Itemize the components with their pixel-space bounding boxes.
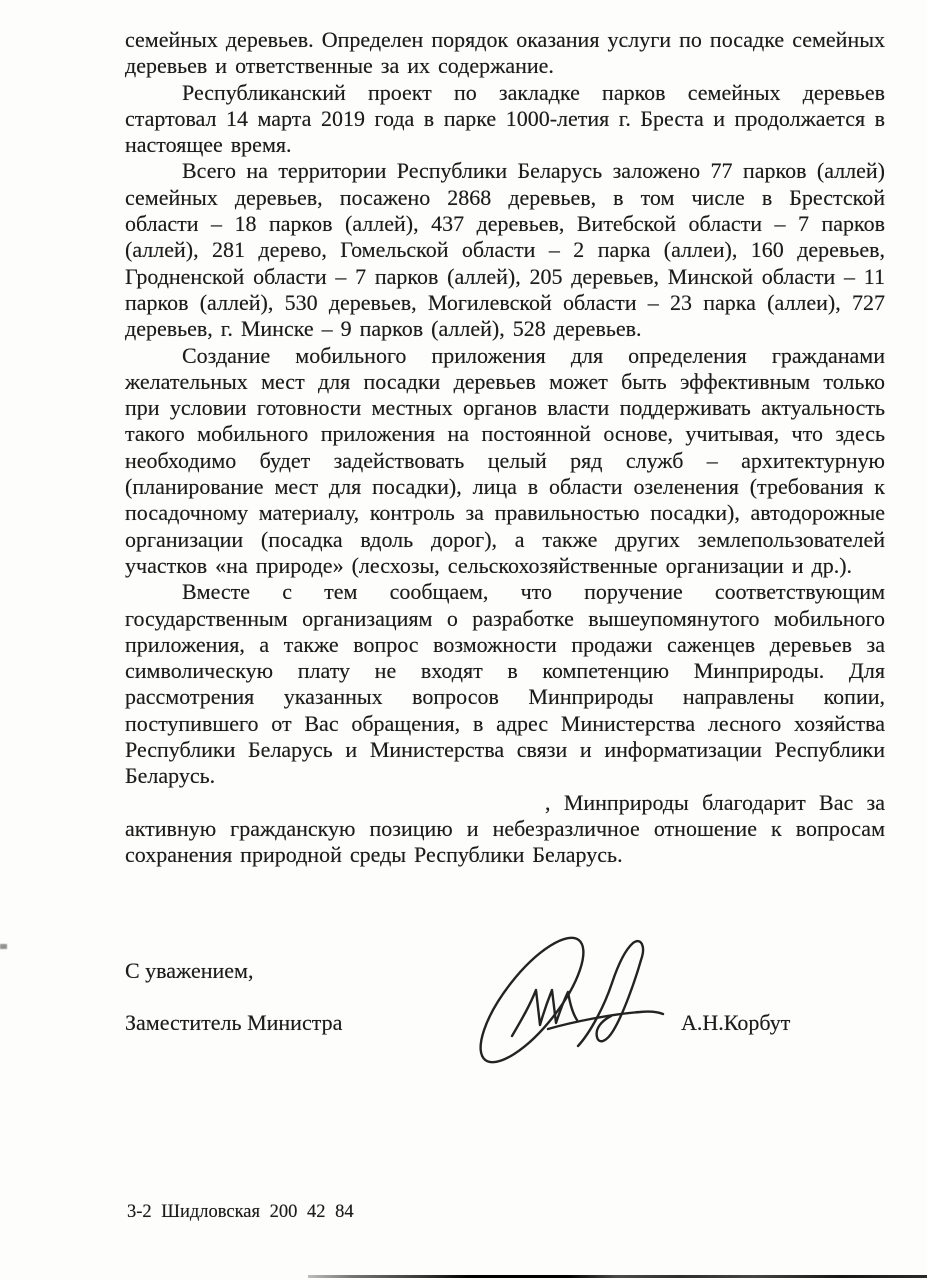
paragraph-gratitude: , Минприроды благодарит Вас за активную … [125, 790, 885, 869]
paragraph-3: Всего на территории Республики Беларусь … [125, 158, 885, 342]
signer-name: А.Н.Корбут [681, 1010, 790, 1036]
signer-title: Заместитель Министра [125, 1010, 342, 1036]
paragraph-1: семейных деревьев. Определен порядок ока… [125, 27, 885, 80]
scan-artifact-left-edge-mark [0, 944, 7, 949]
paragraph-5: Вместе с тем сообщаем, что поручение соо… [125, 579, 885, 789]
handwritten-signature-icon [460, 926, 670, 1078]
scan-artifact-bottom-line [308, 1275, 927, 1278]
executor-reference-note: 3-2 Шидловская 200 42 84 [127, 1202, 354, 1223]
paragraph-4: Создание мобильного приложения для опред… [125, 343, 885, 580]
letter-body: семейных деревьев. Определен порядок ока… [125, 27, 885, 869]
scanned-letter-page: семейных деревьев. Определен порядок ока… [0, 0, 927, 1280]
paragraph-2: Республиканский проект по закладке парко… [125, 80, 885, 159]
